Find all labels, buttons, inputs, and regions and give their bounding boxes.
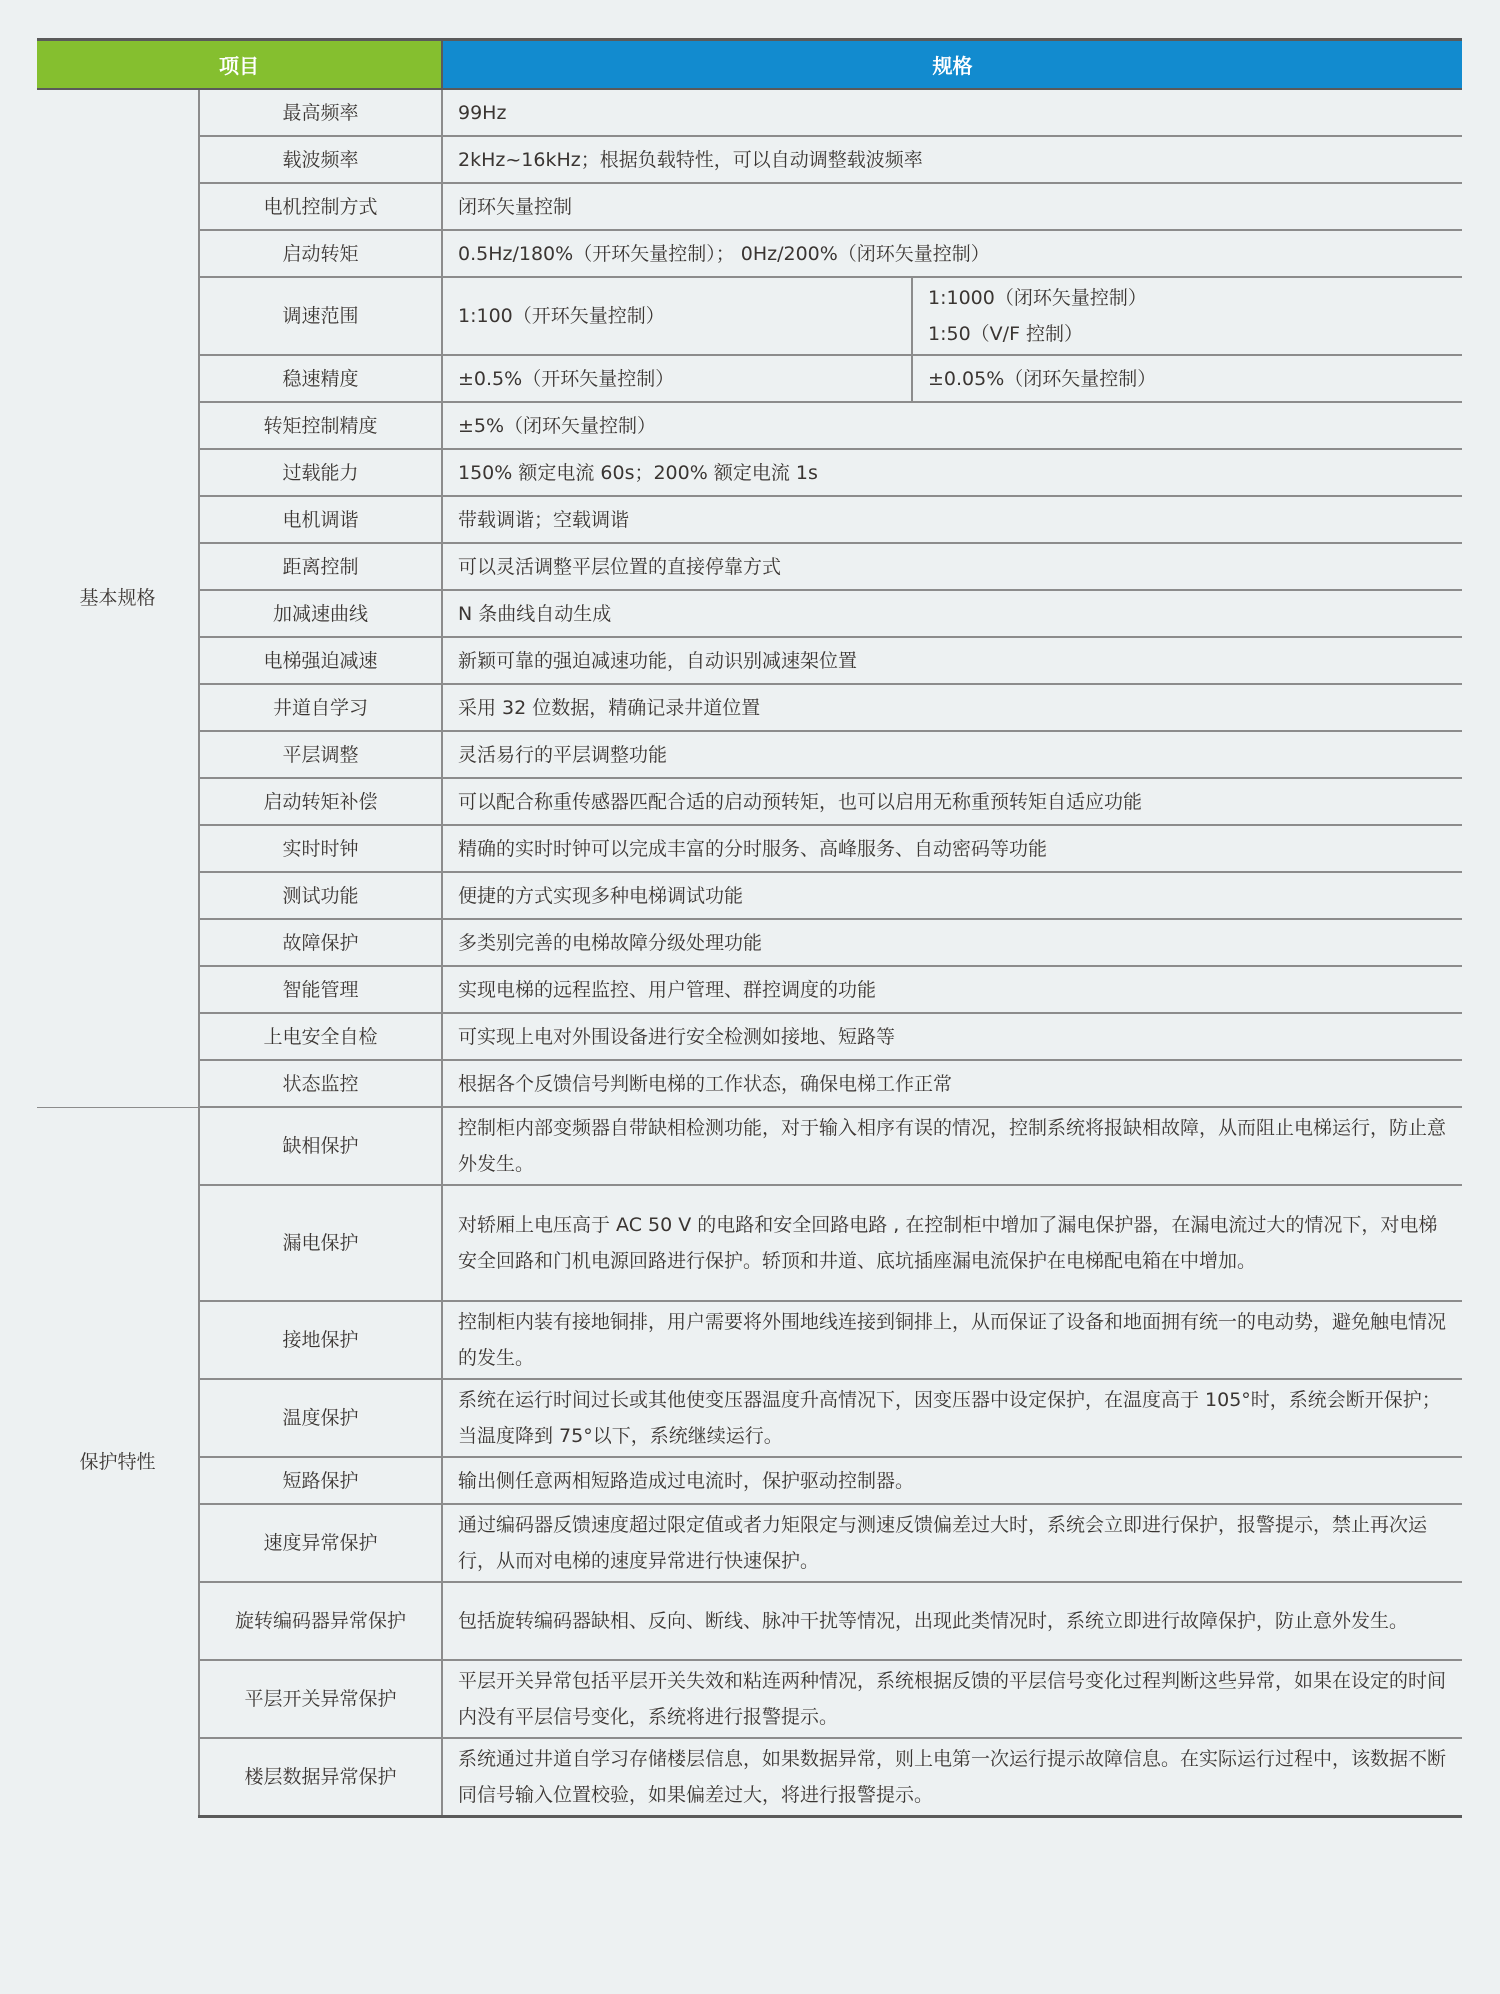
table-row: 稳速精度 ±0.5%（开环矢量控制） ±0.05%（闭环矢量控制） [37,355,1462,402]
table-row: 启动转矩 0.5Hz/180%（开环矢量控制）； 0Hz/200%（闭环矢量控制… [37,230,1462,277]
table-row: 距离控制 可以灵活调整平层位置的直接停靠方式 [37,543,1462,590]
table-row: 调速范围 1:100（开环矢量控制） 1:1000（闭环矢量控制） 1:50（V… [37,277,1462,355]
table-row: 故障保护 多类别完善的电梯故障分级处理功能 [37,919,1462,966]
table-row: 启动转矩补偿 可以配合称重传感器匹配合适的启动预转矩，也可以启用无称重预转矩自适… [37,778,1462,825]
item-cell: 启动转矩补偿 [199,778,442,825]
table-row: 井道自学习 采用 32 位数据，精确记录井道位置 [37,684,1462,731]
group-label-protection: 保护特性 [37,1107,199,1816]
item-cell: 状态监控 [199,1060,442,1107]
spec-cell: 灵活易行的平层调整功能 [442,731,1462,778]
item-cell: 楼层数据异常保护 [199,1738,442,1816]
table-row: 实时时钟 精确的实时时钟可以完成丰富的分时服务、高峰服务、自动密码等功能 [37,825,1462,872]
spec-cell: ±5%（闭环矢量控制） [442,402,1462,449]
item-cell: 测试功能 [199,872,442,919]
spec-cell: 闭环矢量控制 [442,183,1462,230]
table-row: 旋转编码器异常保护 包括旋转编码器缺相、反向、断线、脉冲干扰等情况，出现此类情况… [37,1582,1462,1660]
item-cell: 电机调谐 [199,496,442,543]
spec-cell: 可实现上电对外围设备进行安全检测如接地、短路等 [442,1013,1462,1060]
item-cell: 短路保护 [199,1457,442,1504]
spec-cell: 99Hz [442,89,1462,136]
item-cell: 实时时钟 [199,825,442,872]
table-row: 速度异常保护 通过编码器反馈速度超过限定值或者力矩限定与测速反馈偏差过大时，系统… [37,1504,1462,1582]
item-cell: 缺相保护 [199,1107,442,1185]
item-cell: 平层调整 [199,731,442,778]
spec-cell: 包括旋转编码器缺相、反向、断线、脉冲干扰等情况，出现此类情况时，系统立即进行故障… [442,1582,1462,1660]
item-cell: 故障保护 [199,919,442,966]
table-row: 基本规格 最高频率 99Hz [37,89,1462,136]
spec-cell: 150% 额定电流 60s；200% 额定电流 1s [442,449,1462,496]
spec-cell: 输出侧任意两相短路造成过电流时，保护驱动控制器。 [442,1457,1462,1504]
table-row: 平层调整 灵活易行的平层调整功能 [37,731,1462,778]
spec-cell: 平层开关异常包括平层开关失效和粘连两种情况，系统根据反馈的平层信号变化过程判断这… [442,1660,1462,1738]
item-cell: 转矩控制精度 [199,402,442,449]
spec-cell: 控制柜内部变频器自带缺相检测功能，对于输入相序有误的情况，控制系统将报缺相故障，… [442,1107,1462,1185]
table-row: 电机调谐 带载调谐；空载调谐 [37,496,1462,543]
spec-line: 1:50（V/F 控制） [928,316,1447,352]
group-label-basic: 基本规格 [37,89,199,1107]
table-row: 平层开关异常保护 平层开关异常包括平层开关失效和粘连两种情况，系统根据反馈的平层… [37,1660,1462,1738]
item-cell: 井道自学习 [199,684,442,731]
spec-cell: 对轿厢上电压高于 AC 50 V 的电路和安全回路电路 , 在控制柜中增加了漏电… [442,1185,1462,1301]
spec-cell: 通过编码器反馈速度超过限定值或者力矩限定与测速反馈偏差过大时，系统会立即进行保护… [442,1504,1462,1582]
table-row: 漏电保护 对轿厢上电压高于 AC 50 V 的电路和安全回路电路 , 在控制柜中… [37,1185,1462,1301]
spec-cell-open-loop: ±0.5%（开环矢量控制） [442,355,912,402]
table-row: 上电安全自检 可实现上电对外围设备进行安全检测如接地、短路等 [37,1013,1462,1060]
item-cell: 调速范围 [199,277,442,355]
spec-cell: 2kHz~16kHz；根据负载特性，可以自动调整载波频率 [442,136,1462,183]
table-row: 加减速曲线 N 条曲线自动生成 [37,590,1462,637]
item-cell: 启动转矩 [199,230,442,277]
table-row: 转矩控制精度 ±5%（闭环矢量控制） [37,402,1462,449]
item-cell: 电梯强迫减速 [199,637,442,684]
spec-cell: 可以配合称重传感器匹配合适的启动预转矩，也可以启用无称重预转矩自适应功能 [442,778,1462,825]
item-cell: 速度异常保护 [199,1504,442,1582]
item-cell: 加减速曲线 [199,590,442,637]
spec-table: 项目 规格 基本规格 最高频率 99Hz 载波频率 2kHz~16kHz；根据负… [37,38,1462,1818]
item-cell: 过载能力 [199,449,442,496]
table-row: 楼层数据异常保护 系统通过井道自学习存储楼层信息，如果数据异常，则上电第一次运行… [37,1738,1462,1816]
table-row: 接地保护 控制柜内装有接地铜排，用户需要将外围地线连接到铜排上，从而保证了设备和… [37,1301,1462,1379]
item-cell: 平层开关异常保护 [199,1660,442,1738]
item-cell: 载波频率 [199,136,442,183]
spec-cell-closed-loop: ±0.05%（闭环矢量控制） [912,355,1462,402]
table-row: 状态监控 根据各个反馈信号判断电梯的工作状态，确保电梯工作正常 [37,1060,1462,1107]
table-header-row: 项目 规格 [37,40,1462,90]
item-cell: 漏电保护 [199,1185,442,1301]
spec-cell: 根据各个反馈信号判断电梯的工作状态，确保电梯工作正常 [442,1060,1462,1107]
spec-cell: 新颖可靠的强迫减速功能，自动识别减速架位置 [442,637,1462,684]
spec-cell: 带载调谐；空载调谐 [442,496,1462,543]
spec-cell: 精确的实时时钟可以完成丰富的分时服务、高峰服务、自动密码等功能 [442,825,1462,872]
spec-cell-closed-loop: 1:1000（闭环矢量控制） 1:50（V/F 控制） [912,277,1462,355]
item-cell: 电机控制方式 [199,183,442,230]
spec-cell: 采用 32 位数据，精确记录井道位置 [442,684,1462,731]
item-cell: 上电安全自检 [199,1013,442,1060]
spec-cell: 控制柜内装有接地铜排，用户需要将外围地线连接到铜排上，从而保证了设备和地面拥有统… [442,1301,1462,1379]
item-cell: 温度保护 [199,1379,442,1457]
table-row: 电机控制方式 闭环矢量控制 [37,183,1462,230]
table-row: 过载能力 150% 额定电流 60s；200% 额定电流 1s [37,449,1462,496]
spec-cell: 多类别完善的电梯故障分级处理功能 [442,919,1462,966]
item-cell: 智能管理 [199,966,442,1013]
item-cell: 接地保护 [199,1301,442,1379]
header-item: 项目 [37,40,442,90]
table-row: 温度保护 系统在运行时间过长或其他使变压器温度升高情况下，因变压器中设定保护，在… [37,1379,1462,1457]
table-row: 电梯强迫减速 新颖可靠的强迫减速功能，自动识别减速架位置 [37,637,1462,684]
header-spec: 规格 [442,40,1462,90]
item-cell: 最高频率 [199,89,442,136]
spec-cell: 可以灵活调整平层位置的直接停靠方式 [442,543,1462,590]
table-row: 短路保护 输出侧任意两相短路造成过电流时，保护驱动控制器。 [37,1457,1462,1504]
spec-cell: 系统通过井道自学习存储楼层信息，如果数据异常，则上电第一次运行提示故障信息。在实… [442,1738,1462,1816]
table-row: 智能管理 实现电梯的远程监控、用户管理、群控调度的功能 [37,966,1462,1013]
spec-line: 1:1000（闭环矢量控制） [928,280,1447,316]
item-cell: 稳速精度 [199,355,442,402]
table-row: 测试功能 便捷的方式实现多种电梯调试功能 [37,872,1462,919]
spec-cell-open-loop: 1:100（开环矢量控制） [442,277,912,355]
spec-cell: 便捷的方式实现多种电梯调试功能 [442,872,1462,919]
table-row: 载波频率 2kHz~16kHz；根据负载特性，可以自动调整载波频率 [37,136,1462,183]
spec-cell: 实现电梯的远程监控、用户管理、群控调度的功能 [442,966,1462,1013]
spec-cell: 0.5Hz/180%（开环矢量控制）； 0Hz/200%（闭环矢量控制） [442,230,1462,277]
item-cell: 旋转编码器异常保护 [199,1582,442,1660]
spec-cell: N 条曲线自动生成 [442,590,1462,637]
spec-cell: 系统在运行时间过长或其他使变压器温度升高情况下，因变压器中设定保护，在温度高于 … [442,1379,1462,1457]
item-cell: 距离控制 [199,543,442,590]
table-row: 保护特性 缺相保护 控制柜内部变频器自带缺相检测功能，对于输入相序有误的情况，控… [37,1107,1462,1185]
